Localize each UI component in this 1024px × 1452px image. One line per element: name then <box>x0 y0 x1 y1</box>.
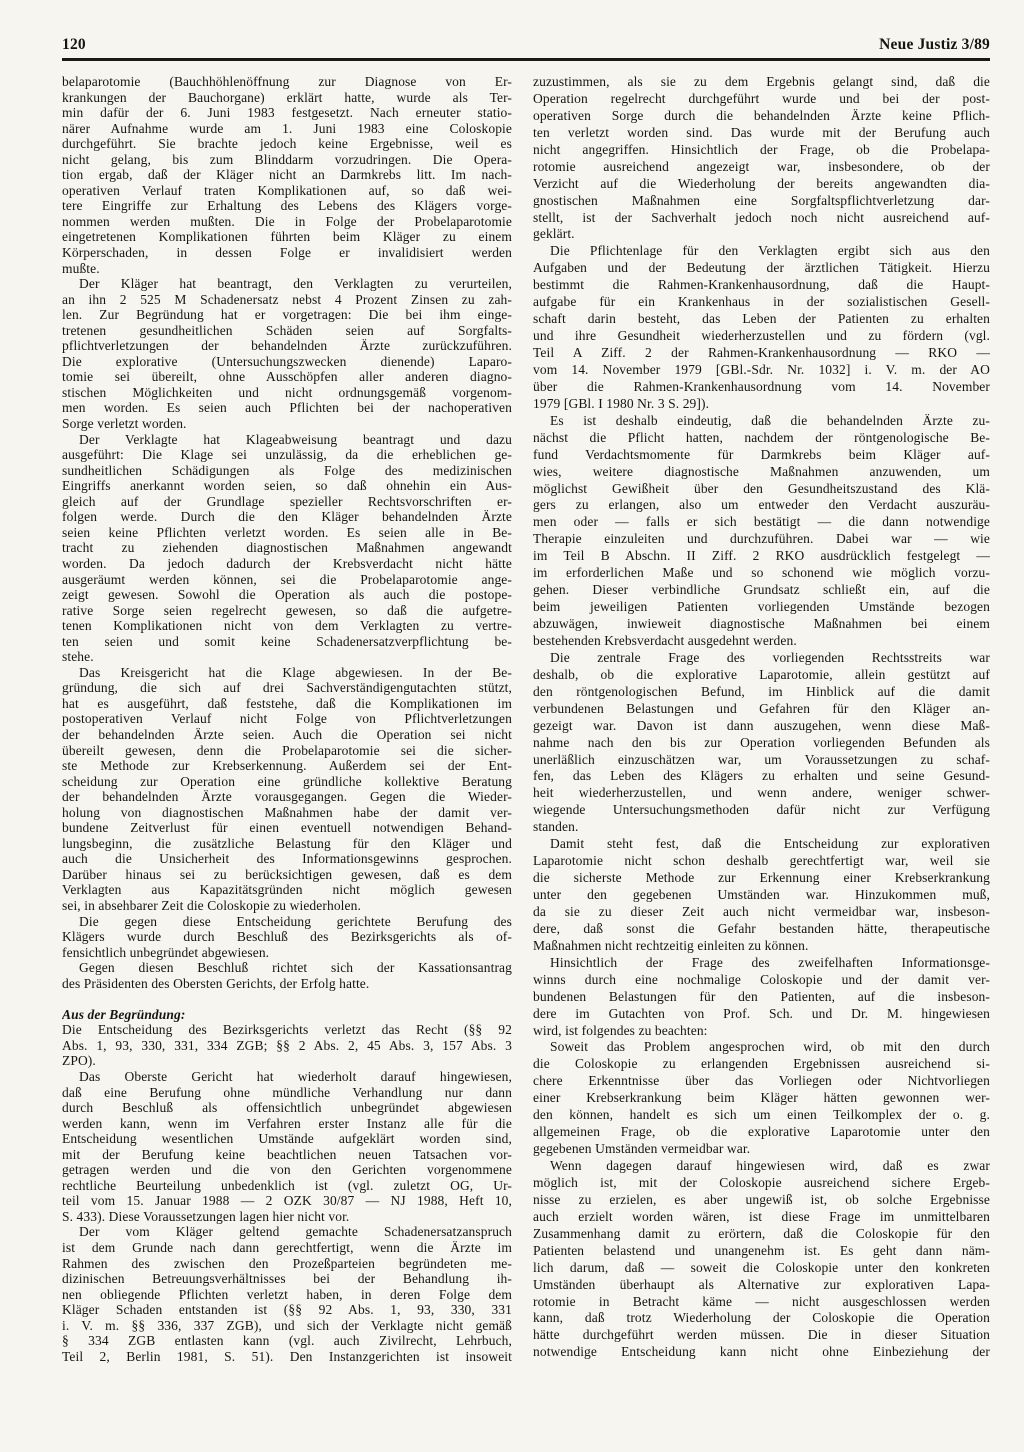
text-line: Der Kläger hat beantragt, den Verklagten… <box>62 276 512 292</box>
journal-title: Neue Justiz 3/89 <box>879 36 990 54</box>
text-line: Das Oberste Gericht hat wiederholt darau… <box>62 1069 512 1085</box>
text-line: nisse zu erzielen, es aber ungewiß ist, … <box>533 1192 990 1209</box>
text-line: ausgeräumt werden können, sei die Probel… <box>62 572 512 588</box>
text-line: unter den gegebenen Umständen war. Hinzu… <box>533 887 990 904</box>
text-line: min dafür der 6. Juni 1983 festgesetzt. … <box>62 105 512 121</box>
header-rule <box>62 58 990 61</box>
text-line: winns durch eine nochmalige Coloskopie u… <box>533 972 990 989</box>
text-line: chere Erkenntnisse über das Vorliegen od… <box>533 1073 990 1090</box>
text-line: ten verletzt worden sind. Das wurde mit … <box>533 125 990 142</box>
text-line: werden kann, wenn im Verfahren erster In… <box>62 1116 512 1132</box>
text-line: Rahmen des zwischen den Prozeßparteien b… <box>62 1256 512 1272</box>
text-line: Die gegen diese Entscheidung gerichtete … <box>62 914 512 930</box>
text-line: krankungen der Bauchorgane) erklärt hatt… <box>62 90 512 106</box>
text-line: schaft darin besteht, das Leben der Pati… <box>533 311 990 328</box>
text-line: rechtliche Beurteilung unbedenklich ist … <box>62 1178 512 1194</box>
text-line: zeigt gewesen. Sowohl die Operation als … <box>62 587 512 603</box>
text-line: des Präsidenten des Obersten Gerichts, d… <box>62 976 512 992</box>
text-line: bestimmt die Rahmen-Krankenhausordnung, … <box>533 277 990 294</box>
text-line: scheidung zur Operation eine gründliche … <box>62 774 512 790</box>
text-line: postoperativen Verlauf nicht Folge von P… <box>62 711 512 727</box>
text-line: getragen werden und die von den Gerichte… <box>62 1162 512 1178</box>
text-line: und ihre Gesundheit wiederherzustellen u… <box>533 328 990 345</box>
text-line: dizinischen Betreuungsverhältnisses bei … <box>62 1271 512 1287</box>
text-line: daß eine Berufung ohne mündliche Verhand… <box>62 1085 512 1101</box>
text-line: tomie sei übereilt, ohne Ausschöpfen all… <box>62 369 512 385</box>
text-line: tretenen gesundheitlichen Schäden seien … <box>62 323 512 339</box>
text-line: tere Eingriffe zur Erhaltung des Lebens … <box>62 198 512 214</box>
text-line: Damit steht fest, daß die Entscheidung z… <box>533 836 990 853</box>
text-line: ausgeführt: Die Klage sei unzulässig, da… <box>62 447 512 463</box>
text-line: kann, daß trotz Wiederholung der Colosko… <box>533 1310 990 1327</box>
text-line: närer Aufnahme wurde am 1. Juni 1983 ein… <box>62 121 512 137</box>
text-line: Wenn dagegen darauf hingewiesen wird, da… <box>533 1158 990 1175</box>
text-line: 1979 [GBl. I 1980 Nr. 3 S. 29]). <box>533 396 990 413</box>
text-line: auch die Unsicherheit des Informationsge… <box>62 851 512 867</box>
text-line: einer Krebserkrankung beim Kläger hätten… <box>533 1090 990 1107</box>
text-line: Klägers wurde durch Beschluß des Bezirks… <box>62 929 512 945</box>
text-line: deshalb, ob die explorative Laparotomie,… <box>533 667 990 684</box>
text-line: Eingriffs anerkannt worden seien, so daß… <box>62 478 512 494</box>
text-line: abzuwägen, inwieweit diagnostische Maßna… <box>533 616 990 633</box>
text-line: wies, weitere diagnostische Maßnahmen an… <box>533 464 990 481</box>
text-line: pflichtverletzungen der behandelnden Ärz… <box>62 338 512 354</box>
text-line: durch Beschluß als offensichtlich unbegr… <box>62 1100 512 1116</box>
left-column: belaparotomie (Bauchhöhlenöffnung zur Di… <box>62 74 512 1364</box>
text-line: Die explorative (Untersuchungszwecken di… <box>62 354 512 370</box>
text-line: Der vom Kläger geltend gemachte Schadene… <box>62 1224 512 1240</box>
text-line: ZPO). <box>62 1053 512 1069</box>
text-line: Umständen überhaupt als Alternative zur … <box>533 1277 990 1294</box>
text-line: operativen Verlauf traten Komplikationen… <box>62 183 512 199</box>
text-line: Entscheidung wesentlichen Umstände aufge… <box>62 1131 512 1147</box>
article-body: belaparotomie (Bauchhöhlenöffnung zur Di… <box>62 74 990 1364</box>
text-line: § 334 ZGB entlasten kann (vgl. auch Zivi… <box>62 1333 512 1349</box>
text-line: Aufgaben und der Bedeutung der ärztliche… <box>533 260 990 277</box>
text-line: hätte durchgeführt werden müssen. Die in… <box>533 1327 990 1344</box>
text-line: seien keine Pflichten verletzt worden. E… <box>62 525 512 541</box>
text-line: da sie zu dieser Zeit auch nicht vermeid… <box>533 904 990 921</box>
text-line: dere, daß sonst die Gefahr bestanden hät… <box>533 921 990 938</box>
text-line: auch erzielt worden wären, ist diese Fra… <box>533 1209 990 1226</box>
text-line: len. Zur Begründung hat er vorgetragen: … <box>62 307 512 323</box>
page-header: 120 Neue Justiz 3/89 <box>62 36 990 54</box>
text-line: allgemeinen Frage, ob die explorative La… <box>533 1124 990 1141</box>
text-line: den röntgenologischen Befund, im Hinblic… <box>533 684 990 701</box>
text-line: folgen werde. Durch die den Kläger behan… <box>62 509 512 525</box>
text-line: möglichst Gewißheit über den Gesundheits… <box>533 481 990 498</box>
text-line: an ihn 2 525 M Schadenersatz nebst 4 Pro… <box>62 292 512 308</box>
text-line: wird, ist folgendes zu beachten: <box>533 1023 990 1040</box>
text-line: teil vom 15. Januar 1988 — 2 OZK 30/87 —… <box>62 1193 512 1209</box>
text-line: gers zu erlangen, also um entweder den V… <box>533 497 990 514</box>
text-line: worden. Da jedoch dadurch der Krebsverda… <box>62 556 512 572</box>
text-line: nächst die Pflicht hatten, nachdem der r… <box>533 430 990 447</box>
text-line: Therapie einzuleiten und durchzuführen. … <box>533 531 990 548</box>
text-line: fen, das Leben des Klägers zu erhalten u… <box>533 768 990 785</box>
text-line: Aus der Begründung: <box>62 1007 512 1023</box>
text-line: Teil 2, Berlin 1981, S. 51). Den Instanz… <box>62 1349 512 1365</box>
text-line: sundheitlichen Schädigungen als Folge de… <box>62 463 512 479</box>
text-line: gezeigt war. Davon ist dann auszugehen, … <box>533 718 990 735</box>
text-line: übereilt gewesen, denn die Probelaparoto… <box>62 743 512 759</box>
text-line: mit der Berufung keine beachtlichen neue… <box>62 1147 512 1163</box>
text-line: mußte. <box>62 261 512 277</box>
text-line: über die Rahmen-Krankenhausordnung vom 1… <box>533 379 990 396</box>
text-line: sei, in absehbarer Zeit die Coloskopie z… <box>62 898 512 914</box>
text-line: Der Verklagte hat Klageabweisung beantra… <box>62 432 512 448</box>
text-line: Die Entscheidung des Bezirksgerichts ver… <box>62 1022 512 1038</box>
text-line: fensichtlich unbegründet abgewiesen. <box>62 945 512 961</box>
text-line: Laparotomie nicht schon deshalb gerechtf… <box>533 853 990 870</box>
text-line: den können, handelt es sich um einen Tei… <box>533 1107 990 1124</box>
text-line: gegebenen Umständen vermeidbar war. <box>533 1141 990 1158</box>
text-line: i. V. m. §§ 336, 337 ZGB), und sich der … <box>62 1318 512 1334</box>
text-line: Die Pflichtenlage für den Verklagten erg… <box>533 243 990 260</box>
text-line: unerläßlich einzuschätzen war, um Voraus… <box>533 752 990 769</box>
text-line: gehen. Dieser verbindliche Grundsatz sch… <box>533 582 990 599</box>
text-line: men oder — falls er sich bestätigt — die… <box>533 514 990 531</box>
text-line: Gegen diesen Beschluß richtet sich der K… <box>62 960 512 976</box>
text-line: Sorge verletzt worden. <box>62 416 512 432</box>
text-line: Darüber hinaus sei zu berücksichtigen ge… <box>62 867 512 883</box>
document-page: 120 Neue Justiz 3/89 belaparotomie (Bauc… <box>0 0 1024 1452</box>
text-line: Zusammenhang damit zu erörtern, daß die … <box>533 1226 990 1243</box>
text-line: bundene Zeitverlust für einen eventuell … <box>62 820 512 836</box>
text-line: der behandelnden Ärzte seien. Auch die O… <box>62 727 512 743</box>
text-line: vom 14. November 1979 [GBl.-Sdr. Nr. 103… <box>533 362 990 379</box>
text-line: im erforderlichen Maße und so schonend w… <box>533 565 990 582</box>
text-line: lungsbeginn, die zusätzliche Belastung f… <box>62 836 512 852</box>
text-line: Soweit das Problem angesprochen wird, ob… <box>533 1039 990 1056</box>
text-line: tracht zu ziehenden diagnostischen Maßna… <box>62 540 512 556</box>
text-line: Es ist deshalb eindeutig, daß die behand… <box>533 413 990 430</box>
text-line: holung von diagnostischen Maßnahmen habe… <box>62 805 512 821</box>
text-line: Verklagten aus Kapazitätsgründen nicht m… <box>62 882 512 898</box>
text-line: die sicherste Methode zur Erkennung eine… <box>533 870 990 887</box>
text-line: Patienten belastend und unangenehm ist. … <box>533 1243 990 1260</box>
text-line: geklärt. <box>533 226 990 243</box>
text-line: gründung, die sich auf drei Sachverständ… <box>62 680 512 696</box>
text-line: Verzicht auf die Wiederholung der bereit… <box>533 176 990 193</box>
text-line: Hinsichtlich der Frage des zweifelhaften… <box>533 955 990 972</box>
text-line: fund Verdachtsmomente für Darmkrebs beim… <box>533 447 990 464</box>
text-line: stischen Möglichkeiten und nicht ordnung… <box>62 385 512 401</box>
text-line: stellt, ist der Sachverhalt jedoch noch … <box>533 210 990 227</box>
text-line: ist dem Grunde nach dann gerechtfertigt,… <box>62 1240 512 1256</box>
text-line: operativen Sorge durch die behandelnden … <box>533 108 990 125</box>
text-line: nommen werden mußten. Die in Folge der P… <box>62 214 512 230</box>
text-line: Teil A Ziff. 2 der Rahmen-Krankenhausord… <box>533 345 990 362</box>
text-line: nen obliegende Pflichten verletzt haben,… <box>62 1287 512 1303</box>
text-line: lich darum, daß — soweit die Coloskopie … <box>533 1260 990 1277</box>
text-line: standen. <box>533 819 990 836</box>
text-line: tenen Komplikationen nicht von dem Verkl… <box>62 618 512 634</box>
text-line: rotomie ausreichend angezeigt war, insbe… <box>533 159 990 176</box>
text-line: ste Methode zur Krebserkennung. Außerdem… <box>62 758 512 774</box>
text-line: dere im Gutachten von Prof. Sch. und Dr.… <box>533 1006 990 1023</box>
page-number: 120 <box>62 36 86 54</box>
text-line: Abs. 1, 93, 330, 331, 334 ZGB; §§ 2 Abs.… <box>62 1038 512 1054</box>
text-line: ten seien und somit keine Schadenersatzv… <box>62 634 512 650</box>
text-line: nahme nach den bis zur Operation vorlieg… <box>533 735 990 752</box>
text-line: heit wiederherzustellen, und wenn andere… <box>533 785 990 802</box>
text-line: Die zentrale Frage des vorliegenden Rech… <box>533 650 990 667</box>
text-line <box>62 991 512 1007</box>
right-column: zuzustimmen, als sie zu dem Ergebnis gel… <box>533 74 990 1364</box>
text-line: möglich ist, mit der Coloskopie ausreich… <box>533 1175 990 1192</box>
text-line: hat es ausgeführt, daß feststehe, daß di… <box>62 696 512 712</box>
text-line: stehe. <box>62 649 512 665</box>
text-line: men worden. Es seien auch Pflichten bei … <box>62 400 512 416</box>
text-line: durchgeführt. Sie brachte jedoch keine E… <box>62 136 512 152</box>
text-line: Kläger Schaden entstanden ist (§§ 92 Abs… <box>62 1302 512 1318</box>
text-line: gleich auf der Grundlage spezieller Rech… <box>62 494 512 510</box>
text-line: nicht gelang, bis zum Blinddarm vorzudri… <box>62 152 512 168</box>
text-line: Operation regelrecht durchgeführt wurde … <box>533 91 990 108</box>
text-line: der behandelnden Ärzte vorausgegangen. G… <box>62 789 512 805</box>
text-line: eingetretenen Komplikationen führten bei… <box>62 229 512 245</box>
text-line: Das Kreisgericht hat die Klage abgewiese… <box>62 665 512 681</box>
text-line: zuzustimmen, als sie zu dem Ergebnis gel… <box>533 74 990 91</box>
text-line: gnostischen Maßnahmen eine Sorgfaltspfli… <box>533 193 990 210</box>
text-line: beim jeweiligen Patienten vorliegenden U… <box>533 599 990 616</box>
text-line: Körperschaden, in dessen Folge er invali… <box>62 245 512 261</box>
text-line: die Coloskopie zu erlangenden Ergebnisse… <box>533 1056 990 1073</box>
text-line: rative Sorge seien regelrecht gewesen, s… <box>62 603 512 619</box>
text-line: im Teil B Abschn. II Ziff. 2 RKO ausdrüc… <box>533 548 990 565</box>
text-line: verbundenen Belastungen und Gefahren für… <box>533 701 990 718</box>
text-line: bestehenden Krebsverdacht ausgedehnt wer… <box>533 633 990 650</box>
text-line: bundenen Belastungen für den Patienten, … <box>533 989 990 1006</box>
text-line: tion ergab, daß der Kläger nicht an Darm… <box>62 167 512 183</box>
text-line: S. 433). Diese Voraussetzungen lagen hie… <box>62 1209 512 1225</box>
text-line: notwendige Entscheidung kann nicht ohne … <box>533 1344 990 1361</box>
text-line: belaparotomie (Bauchhöhlenöffnung zur Di… <box>62 74 512 90</box>
text-line: rotomie in Betracht käme — nicht ausgesc… <box>533 1294 990 1311</box>
text-line: aufgabe für ein Krankenhaus in der sozia… <box>533 294 990 311</box>
text-line: Maßnahmen nicht rechtzeitig einleiten zu… <box>533 938 990 955</box>
text-line: wiegende Untersuchungsmethoden dafür nic… <box>533 802 990 819</box>
text-line: nicht angegriffen. Hinsichtlich der Frag… <box>533 142 990 159</box>
